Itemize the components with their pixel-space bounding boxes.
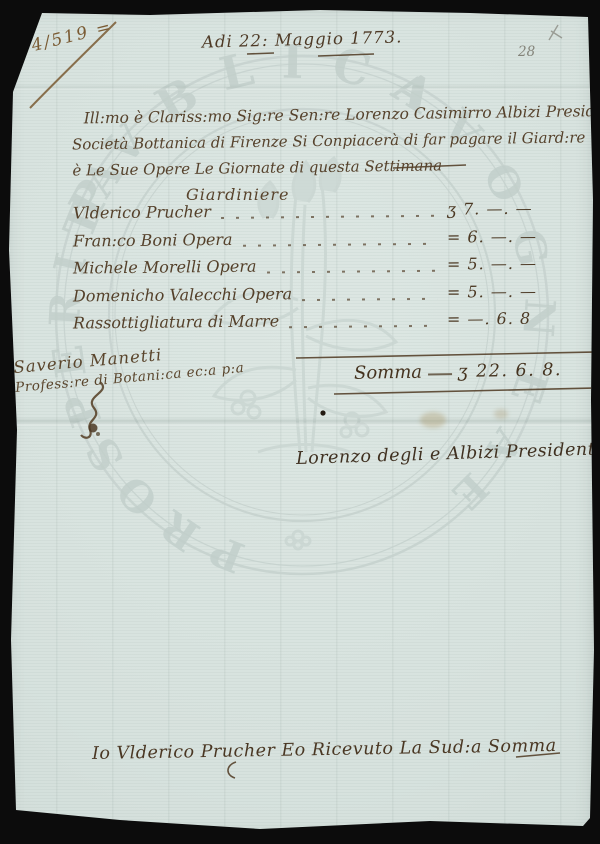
folio-number: 28: [518, 44, 535, 60]
entry-name: Fran:co Boni Opera: [73, 229, 233, 250]
entry-row: Vlderico Prucher ʒ 7. —. —: [73, 198, 559, 231]
paper-stain: [494, 409, 508, 419]
entry-amount: = 5. —. —: [447, 253, 559, 273]
dotted-leader: [267, 269, 438, 273]
date-line: Adi 22: Maggio 1773.: [202, 27, 403, 51]
entry-name: Michele Morelli Opera: [73, 257, 257, 278]
somma-overline: [296, 352, 596, 358]
dotted-leader: [243, 242, 437, 246]
ink-blot: [96, 432, 100, 436]
archival-number: 14/519 =: [17, 17, 114, 60]
entry-row: Rassottigliatura di Marre = —. 6. 8: [73, 308, 559, 341]
date-underline: [318, 54, 374, 56]
fold-crease-middle: [0, 417, 600, 427]
total-dash: [428, 373, 452, 375]
fold-crease-top: [0, 84, 600, 91]
salutation-paragraph: Ill:mo è Clariss:mo Sig:re Sen:re Lorenz…: [71, 98, 577, 183]
dotted-leader: [289, 324, 437, 328]
paper-stain: [420, 412, 446, 428]
entry-name: Domenicho Valecchi Opera: [73, 284, 292, 305]
total-label: Somma: [354, 362, 422, 384]
total-line: Somma ʒ 22. 6. 8.: [354, 359, 562, 384]
total-amount: ʒ 22. 6. 8.: [458, 360, 563, 382]
entry-amount: = —. 6. 8: [447, 308, 559, 328]
ink-blot: [89, 424, 98, 433]
date-underline: [247, 53, 274, 54]
dotted-leader: [221, 214, 437, 218]
attestation-signature: Saverio Manetti Profess:re di Botani:ca …: [13, 338, 245, 398]
entry-amount: = 6. —. —: [447, 226, 559, 246]
dotted-leader: [302, 297, 437, 300]
entry-name: Rassottigliatura di Marre: [73, 311, 279, 332]
photograph-scene: PROSPERITA PVBLICA AVOGNE AE: [0, 0, 600, 844]
ink-dot: [320, 410, 325, 415]
entry-row: Michele Morelli Opera = 5. —. —: [73, 253, 559, 286]
manuscript-page: PROSPERITA PVBLICA AVOGNE AE: [0, 0, 600, 844]
watermark-bottom-arc: AE: [427, 419, 532, 533]
corner-pencil-mark: [549, 25, 562, 40]
president-signature: Lorenzo degli e Albizi Presidente.: [296, 439, 600, 469]
somma-underline: [334, 388, 596, 394]
entry-amount: = 5. —. —: [447, 281, 559, 301]
receipt-acknowledgement-line: Io Vlderico Prucher Eo Ricevuto La Sud:a…: [92, 736, 557, 764]
entry-amount: ʒ 7. —. —: [447, 198, 559, 218]
entry-name: Vlderico Prucher: [73, 202, 211, 222]
payment-entries-list: Vlderico Prucher ʒ 7. —. — Fran:co Boni …: [73, 201, 559, 339]
stray-pen-mark: [228, 762, 236, 778]
